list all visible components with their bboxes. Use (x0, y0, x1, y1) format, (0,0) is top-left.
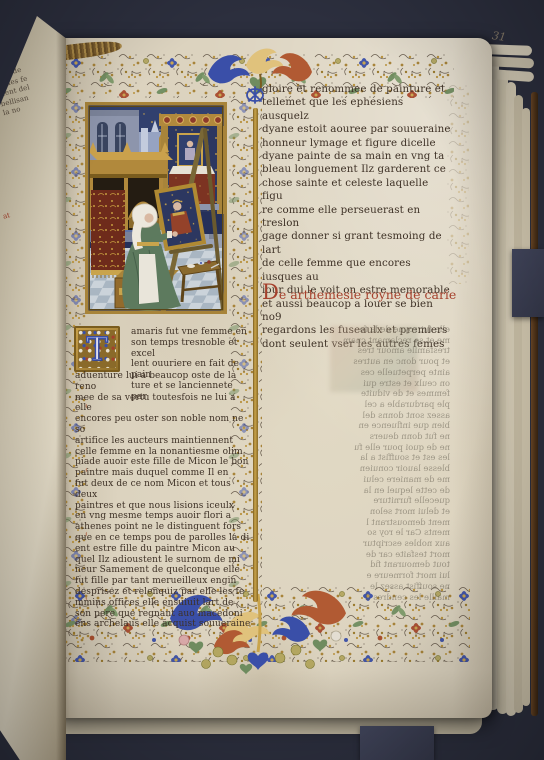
book-cover-edge (531, 92, 538, 716)
initial-letter: T (86, 333, 107, 365)
manuscript-photograph: nt et de re des fe ment del bellisan la … (0, 0, 544, 760)
showthrough-mirrored-text: elle fut royne de la fe me et se reclama… (328, 324, 450, 602)
miniature-scene (89, 106, 224, 312)
page-weight-bottom (360, 726, 434, 760)
left-text-column: aduenture lui a beaucop oste de la reno … (75, 371, 251, 630)
manuscript-page: gloire et renommee de painture et tellem… (52, 38, 492, 718)
miniature-painting (85, 102, 227, 314)
page-edge-5 (522, 108, 530, 706)
page-clamp-right (512, 249, 544, 317)
facing-page-text-fragment: nt et de re des fe ment del bellisan la … (0, 61, 51, 119)
illuminated-initial: T (74, 326, 120, 372)
facing-page-red-fragment: at (2, 211, 11, 220)
facing-page: nt et de re des fe ment del bellisan la … (0, 16, 66, 760)
rubric-heading: De arthemesie royne de carie (262, 285, 462, 302)
gold-bar-border (253, 108, 258, 602)
folio-number: 31 (491, 29, 507, 44)
gutter-fold-shadow (56, 16, 66, 760)
right-text-column: gloire et renommee de painture et tellem… (262, 83, 452, 351)
